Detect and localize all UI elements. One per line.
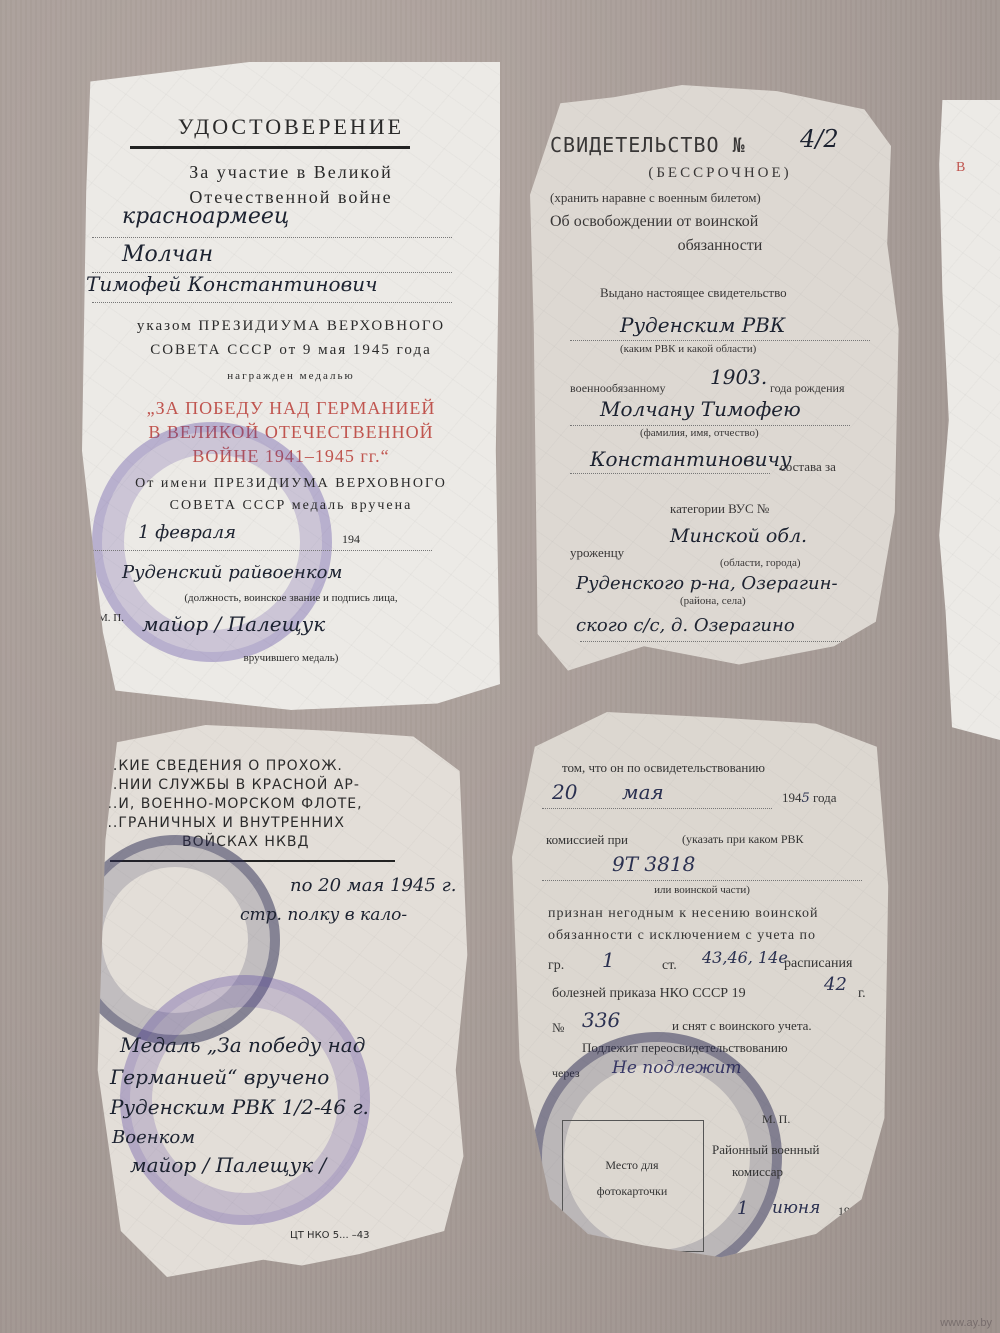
category-label: категории ВУС № [670, 501, 769, 517]
partial-red-letter: В [956, 160, 968, 176]
dotted-line [542, 808, 772, 809]
handwritten-order-number: 336 [582, 1008, 620, 1032]
handwritten-period: по 20 мая 1945 г. [290, 875, 456, 896]
commissar-line-1: Районный военный [712, 1142, 819, 1158]
handwritten-name-1: Молчану Тимофею [600, 397, 801, 421]
stamp-place-label: М. П. [98, 612, 124, 624]
decree-line-1: указом ПРЕЗИДИУМА ВЕРХОВНОГО [82, 318, 500, 335]
year-printed: 1945 года [782, 790, 837, 806]
handwritten-signature: майор / Палещук [142, 612, 325, 636]
dotted-line [580, 641, 860, 642]
removed-text: и снят с воинского учета. [672, 1018, 812, 1034]
handwritten-month: мая [622, 780, 664, 804]
dotted-line [92, 302, 452, 303]
handwritten-rvk: Руденским РВК [620, 313, 785, 337]
handwritten-region: Минской обл. [670, 525, 807, 547]
dotted-line [92, 550, 432, 551]
handwritten-birth-year: 1903. [710, 365, 767, 389]
handwritten-surname: Молчан [122, 242, 213, 267]
dotted-line [92, 237, 452, 238]
st-label: ст. [662, 958, 677, 974]
handwritten-group: 1 [602, 948, 615, 972]
position-caption: (должность, воинское звание и подпись ли… [82, 592, 500, 604]
staff-label: состава за [780, 459, 836, 475]
unfit-line-2: обязанности с исключением с учета по [548, 928, 816, 944]
dotted-line [570, 473, 770, 474]
service-record-header: ...КИЕ СВЕДЕНИЯ О ПРОХОЖ. ...НИИ СЛУЖБЫ … [102, 757, 363, 852]
g-label: г. [858, 986, 866, 1002]
presenter-caption: вручившего медаль) [82, 652, 500, 664]
heading-line-1: Об освобождении от воинской [550, 213, 758, 231]
year-prefix: 194 [342, 532, 360, 547]
handwritten-unit-code: 9Т 3818 [612, 852, 695, 876]
handwritten-articles: 43,46, 14е [702, 948, 788, 967]
exemption-title: СВИДЕТЕЛЬСТВО № [550, 133, 746, 157]
header-line-1: ...КИЕ СВЕДЕНИЯ О ПРОХОЖ. [102, 757, 363, 776]
rvk-caption: (каким РВК и какой области) [620, 343, 756, 355]
medal-certificate-document: УДОСТОВЕРЕНИЕ За участие в Великой Отече… [82, 62, 500, 710]
handwritten-date-day: 1 [737, 1198, 748, 1219]
issued-text: Выдано настоящее свидетельство [600, 285, 787, 301]
unfit-line-1: признан негодным к несению воинской [548, 906, 818, 922]
handwritten-date: 1 февраля [138, 522, 236, 543]
heading-line-2: обязанности [530, 237, 910, 255]
medal-name-line-2: В ВЕЛИКОЙ ОТЕЧЕСТВЕННОЙ [82, 422, 500, 443]
print-code: ЦТ НКО 5... –43 [290, 1230, 370, 1241]
handwritten-medal-line-2: Германией“ вручено [110, 1065, 329, 1089]
indefinite-subtitle: (БЕССРОЧНОЕ) [530, 165, 910, 182]
schedule-label: расписания [784, 956, 852, 972]
handwritten-village: ского с/с, д. Озерагино [576, 615, 795, 636]
handwritten-date-month: июня [772, 1198, 820, 1218]
exemption-continuation-document: том, что он по освидетельствованию 20 ма… [512, 712, 892, 1292]
commissar-line-2: комиссар [732, 1164, 783, 1180]
stamp-place-label: М. П. [762, 1112, 790, 1127]
fio-caption: (фамилия, имя, отчество) [640, 427, 759, 439]
partial-document-right-edge: В [936, 100, 1000, 740]
awarded-text: награжден медалью [82, 370, 500, 382]
handwritten-unit: стр. полку в кало- [240, 905, 407, 925]
medal-name-line-1: „ЗА ПОБЕДУ НАД ГЕРМАНИЕЙ [82, 398, 500, 419]
handwritten-district: Руденского р-на, Озерагин- [576, 573, 838, 594]
participation-line-1: За участие в Великой [82, 162, 500, 183]
handwritten-order-year: 42 [824, 974, 847, 995]
handwritten-full-name: Тимофей Константинович [86, 272, 378, 296]
header-line-4: ...ГРАНИЧНЫХ И ВНУТРЕННИХ [102, 814, 363, 833]
handwritten-day: 20 [552, 780, 577, 804]
handwritten-voenkom: Военком [112, 1127, 195, 1148]
handwritten-number: 4/2 [800, 125, 839, 153]
gr-label: гр. [548, 958, 564, 974]
commission-label: комиссией при [546, 832, 628, 848]
handwritten-organization: Руденский райвоенком [122, 562, 342, 583]
site-watermark: www.ay.by [940, 1317, 992, 1329]
handwritten-medal-line-3: Руденским РВК 1/2-46 г. [110, 1095, 369, 1119]
dotted-line [570, 340, 870, 341]
rvk-caption: (указать при каком РВК [682, 832, 804, 847]
decree-line-2: СОВЕТА СССР от 9 мая 1945 года [82, 342, 500, 359]
header-line-2: ...НИИ СЛУЖБЫ В КРАСНОЙ АР- [102, 776, 363, 795]
header-line-3: ...И, ВОЕННО-МОРСКОМ ФЛОТЕ, [102, 795, 363, 814]
liable-label: военнообязанному [570, 381, 666, 396]
region-caption: (области, города) [720, 557, 801, 569]
handwritten-signature: майор / Палещук / [130, 1153, 326, 1177]
diseases-order-text: болезней приказа НКО СССР 19 [552, 986, 746, 1002]
presented-line-1: От имени ПРЕЗИДИУМА ВЕРХОВНОГО [82, 476, 500, 492]
intro-text: том, что он по освидетельствованию [562, 760, 765, 776]
year-printed-2: 194 [838, 1204, 856, 1219]
service-record-document: ...КИЕ СВЕДЕНИЯ О ПРОХОЖ. ...НИИ СЛУЖБЫ … [90, 725, 475, 1300]
photo-placeholder-text: Место для фотокарточки [572, 1152, 692, 1204]
keep-note: (хранить наравне с военным билетом) [550, 190, 761, 206]
year-suffix: года рождения [770, 381, 845, 396]
dotted-line [542, 880, 862, 881]
dotted-line [570, 425, 850, 426]
title-underline [130, 146, 410, 149]
presented-line-2: СОВЕТА СССР медаль вручена [82, 498, 500, 514]
no-label: № [552, 1020, 564, 1036]
handwritten-medal-line-1: Медаль „За победу над [120, 1033, 365, 1057]
certificate-title: УДОСТОВЕРЕНИЕ [82, 114, 500, 140]
unit-caption: или воинской части) [512, 884, 892, 896]
exemption-certificate-document: СВИДЕТЕЛЬСТВО № 4/2 (БЕССРОЧНОЕ) (хранит… [530, 85, 910, 695]
handwritten-rank: красноармеец [122, 204, 289, 229]
native-label: уроженцу [570, 545, 624, 561]
district-caption: (района, села) [680, 595, 746, 607]
handwritten-name-2: Константиновичу [590, 447, 792, 471]
